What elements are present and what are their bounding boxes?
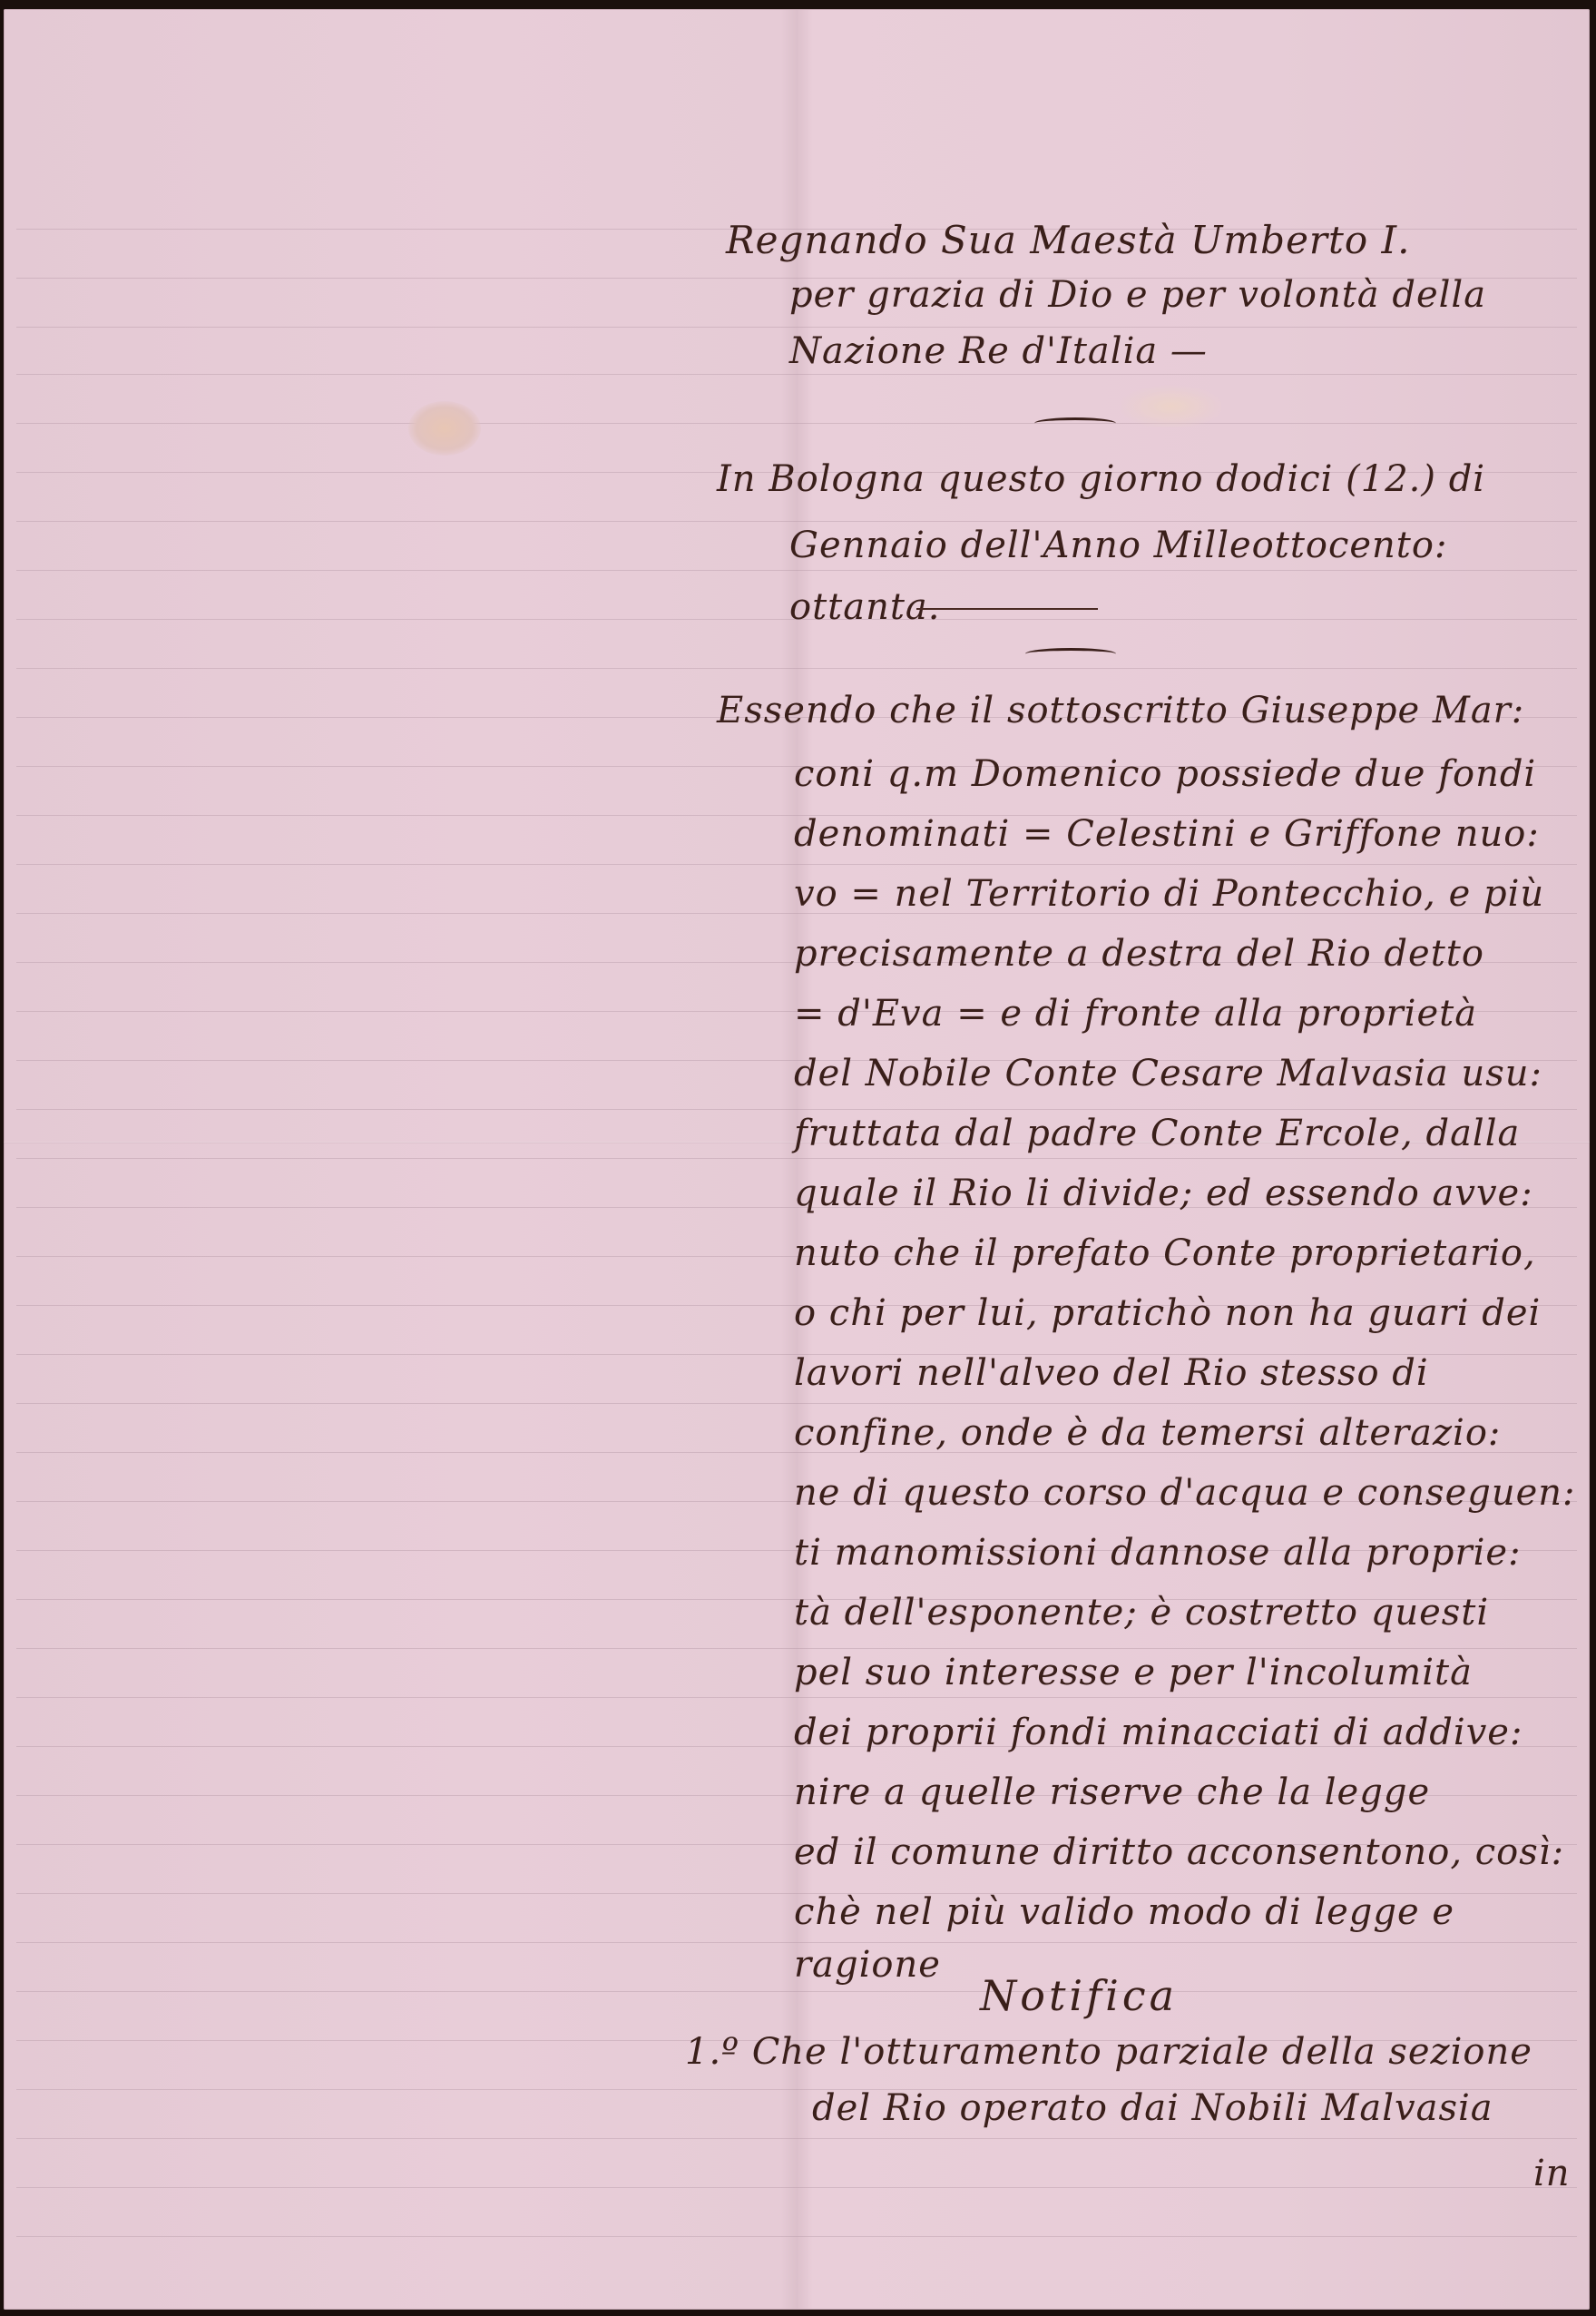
body-line: del Nobile Conte Cesare Malvasia usu: xyxy=(794,1053,1542,1094)
date-line-3: ottanta. xyxy=(789,586,940,628)
divider-ornament xyxy=(1034,417,1116,429)
preamble-line-3: Nazione Re d'Italia — xyxy=(789,330,1208,372)
date-line-2: Gennaio dell'Anno Milleottocento: xyxy=(789,525,1447,566)
body-line: ti manomissioni dannose alla proprie: xyxy=(794,1532,1522,1574)
body-line: ed il comune diritto acconsentono, così: xyxy=(794,1831,1564,1873)
body-line: precisamente a destra del Rio detto xyxy=(794,933,1484,975)
paper-stain xyxy=(1121,386,1221,427)
body-line: pel suo interesse e per l'incolumità xyxy=(794,1652,1473,1693)
body-line: denominati = Celestini e Griffone nuo: xyxy=(794,813,1540,855)
body-line: Essendo che il sottoscritto Giuseppe Mar… xyxy=(717,690,1524,731)
body-line: chè nel più valido modo di legge e xyxy=(794,1891,1454,1933)
body-line: o chi per lui, pratichò non ha guari dei xyxy=(794,1292,1541,1334)
body-line: nuto che il prefato Conte proprietario, xyxy=(794,1232,1536,1274)
date-line-1: In Bologna questo giorno dodici (12.) di xyxy=(717,458,1485,500)
body-line: ragione xyxy=(794,1944,941,1986)
body-line: tà dell'esponente; è costretto questi xyxy=(794,1592,1489,1634)
body-line: confine, onde è da temersi alterazio: xyxy=(794,1412,1501,1454)
body-line: dei proprii fondi minacciati di addive: xyxy=(794,1712,1523,1753)
section-heading-notifica: Notifica xyxy=(980,1971,1178,2020)
body-line: vo = nel Territorio di Pontecchio, e più xyxy=(794,873,1544,915)
body-line: lavori nell'alveo del Rio stesso di xyxy=(794,1352,1429,1394)
preamble-line-1: Regnando Sua Maestà Umberto I. xyxy=(726,218,1410,262)
line-filler-flourish xyxy=(916,608,1098,610)
body-line: nire a quelle riserve che la legge xyxy=(794,1771,1430,1813)
body-line: fruttata dal padre Conte Ercole, dalla xyxy=(794,1113,1520,1154)
catchword: in xyxy=(1533,2153,1571,2194)
preamble-line-2: per grazia di Dio e per volontà della xyxy=(789,274,1486,316)
body-line: quale il Rio li divide; ed essendo avve: xyxy=(794,1173,1533,1214)
body-line: ne di questo corso d'acqua e conseguen: xyxy=(794,1472,1576,1514)
notice-item-line: del Rio operato dai Nobili Malvasia xyxy=(812,2087,1493,2129)
left-page-blank xyxy=(13,18,793,2305)
body-line: coni q.m Domenico possiede due fondi xyxy=(794,753,1536,795)
body-line: = d'Eva = e di fronte alla proprietà xyxy=(794,993,1477,1035)
divider-ornament xyxy=(1025,648,1116,660)
notice-item-line: 1.º Che l'otturamento parziale della sez… xyxy=(685,2031,1532,2073)
